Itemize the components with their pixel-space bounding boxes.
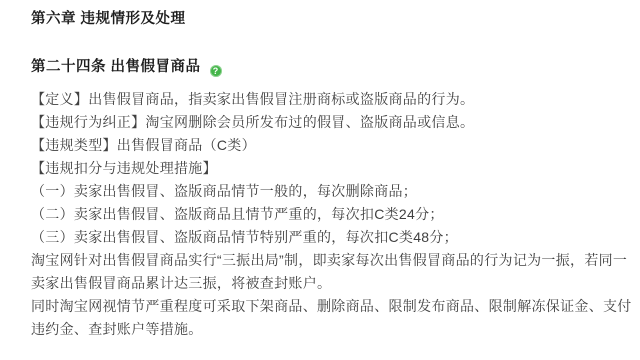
chapter-heading: 第六章 违规情形及处理	[31, 11, 622, 27]
rule-text-block: 【定义】出售假冒商品，指卖家出售假冒注册商标或盗版商品的行为。 【违规行为纠正】…	[31, 88, 622, 341]
rule-line-other-measures-1: 同时淘宝网视情节严重程度可采取下架商品、删除商品、限制发布商品、限制解冻保证金、…	[31, 295, 622, 318]
rule-line-definition: 【定义】出售假冒商品，指卖家出售假冒注册商标或盗版商品的行为。	[31, 88, 622, 111]
rule-line-other-measures-2: 违约金、查封账户等措施。	[31, 318, 622, 341]
rule-line-correction: 【违规行为纠正】淘宝网删除会员所发布过的假冒、盗版商品或信息。	[31, 111, 622, 134]
help-question-icon[interactable]: ?	[210, 65, 222, 77]
rule-line-item-2: （二）卖家出售假冒、盗版商品且情节严重的，每次扣C类24分；	[31, 203, 622, 226]
article-heading-row: 第二十四条 出售假冒商品 ?	[31, 59, 622, 75]
rule-line-three-strikes-1: 淘宝网针对出售假冒商品实行“三振出局”制，即卖家每次出售假冒商品的行为记为一振，…	[31, 249, 622, 272]
rule-line-item-3: （三）卖家出售假冒、盗版商品情节特别严重的，每次扣C类48分；	[31, 226, 622, 249]
article-heading: 第二十四条 出售假冒商品	[31, 59, 201, 75]
rule-line-item-1: （一）卖家出售假冒、盗版商品情节一般的，每次删除商品；	[31, 180, 622, 203]
document-body: 第六章 违规情形及处理 第二十四条 出售假冒商品 ? 【定义】出售假冒商品，指卖…	[0, 0, 640, 360]
rule-line-three-strikes-2: 卖家出售假冒商品累计达三振，将被查封账户。	[31, 272, 622, 295]
rule-line-violation-type: 【违规类型】出售假冒商品（C类）	[31, 134, 622, 157]
rule-line-measures-title: 【违规扣分与违规处理措施】	[31, 157, 622, 180]
